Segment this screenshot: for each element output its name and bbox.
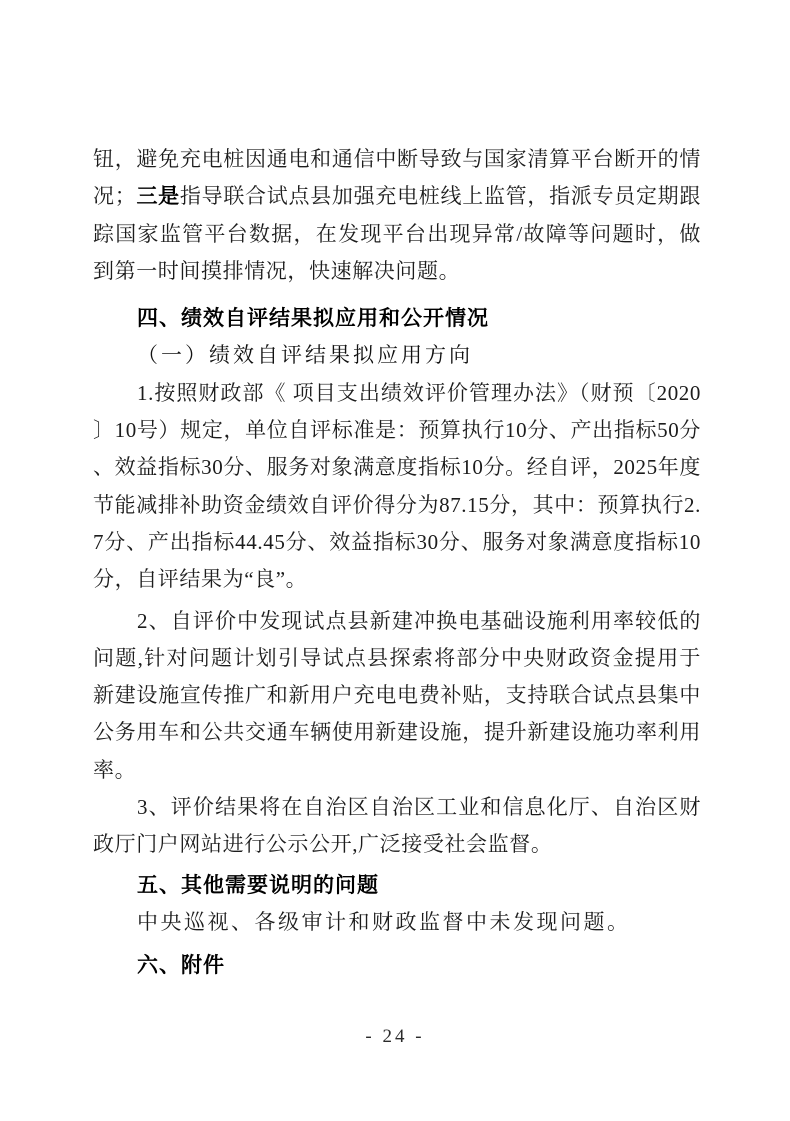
continuation-emphasis-sanshi: 三是 (136, 184, 180, 208)
page-number: - 24 - (0, 1026, 790, 1048)
heading-section-5: 五、其他需要说明的问题 (93, 867, 701, 904)
paragraph-self-evaluation-score: 1.按照财政部《 项目支出绩效评价管理办法》（财预〔2020〕10号）规定，单位… (93, 375, 701, 599)
paragraph-publicity: 3、评价结果将在自治区自治区工业和信息化厅、自治区财政厅门户网站进行公示公开,广… (93, 789, 701, 864)
paragraph-no-issues-found: 中央巡视、各级审计和财政监督中未发现问题。 (93, 904, 701, 941)
document-body: 钮，避免充电桩因通电和通信中断导致与国家清算平台断开的情况；三是指导联合试点县加… (93, 141, 701, 985)
subheading-section-4-1: （一）绩效自评结果拟应用方向 (93, 337, 701, 374)
paragraph-continuation: 钮，避免充电桩因通电和通信中断导致与国家清算平台断开的情况；三是指导联合试点县加… (93, 141, 701, 290)
document-page: 钮，避免充电桩因通电和通信中断导致与国家清算平台断开的情况；三是指导联合试点县加… (0, 0, 790, 1121)
heading-section-6: 六、附件 (93, 947, 701, 984)
heading-section-4: 四、绩效自评结果拟应用和公开情况 (93, 300, 701, 337)
paragraph-utilization-issue: 2、自评价中发现试点县新建冲换电基础设施利用率较低的问题,针对问题计划引导试点县… (93, 603, 701, 789)
continuation-text-after: 指导联合试点县加强充电桩线上监管，指派专员定期跟踪国家监管平台数据，在发现平台出… (93, 184, 701, 283)
